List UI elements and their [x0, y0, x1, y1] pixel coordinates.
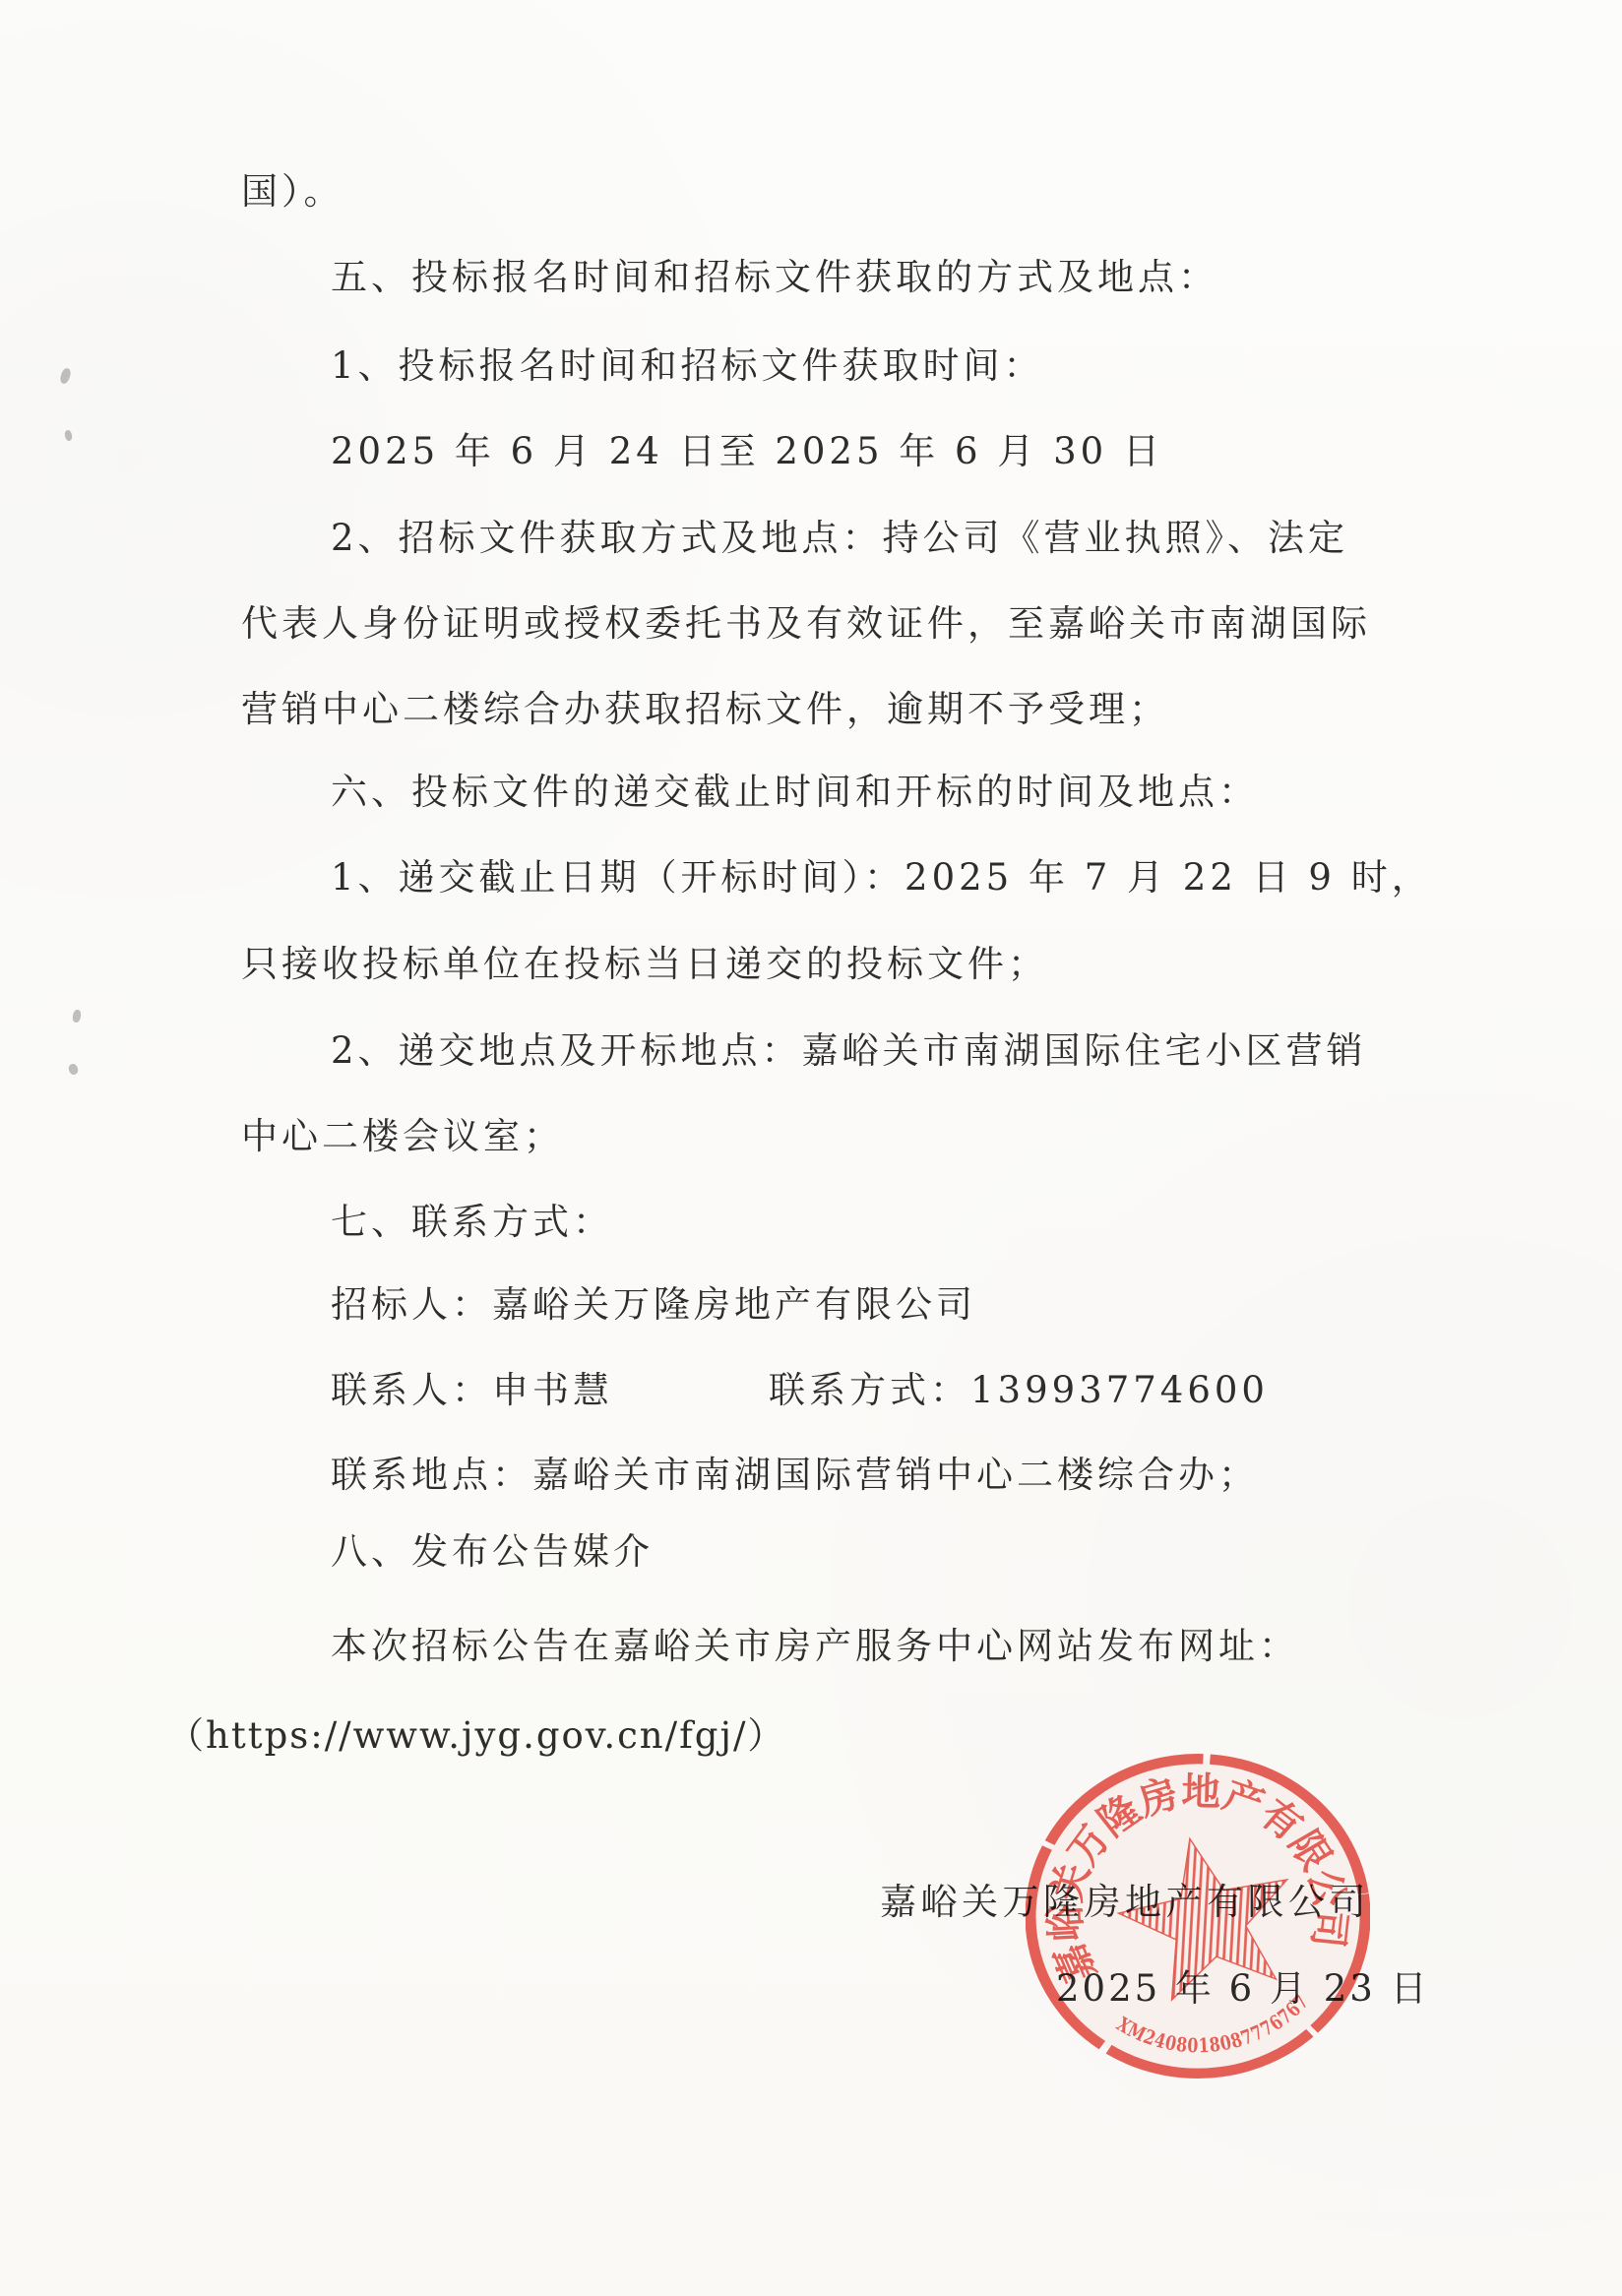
scan-speck — [64, 429, 73, 441]
contact-address-line: 联系地点：嘉峪关市南湖国际营销中心二楼综合办； — [331, 1454, 1259, 1497]
item-5-2: 2、招标文件获取方式及地点：持公司《营业执照》、法定 — [331, 517, 1348, 560]
section-6-heading: 六、投标文件的递交截止时间和开标的时间及地点： — [331, 771, 1259, 814]
item-6-1-cont: 只接收投标单位在投标当日递交的投标文件； — [241, 943, 1048, 986]
website-url-line: （https://www.jyg.gov.cn/fgj/） — [167, 1714, 785, 1758]
tenderer-line: 招标人：嘉峪关万隆房地产有限公司 — [331, 1283, 976, 1327]
company-seal: 嘉峪关万隆房地产有限公司 XM2408018087776767 — [1026, 1754, 1370, 2079]
item-5-2-cont-2: 营销中心二楼综合办获取招标文件，逾期不予受理； — [241, 688, 1169, 731]
scan-speck — [72, 1009, 82, 1023]
item-6-2-cont: 中心二楼会议室； — [241, 1115, 564, 1158]
signup-date-range: 2025 年 6 月 24 日至 2025 年 6 月 30 日 — [331, 430, 1163, 473]
scan-speck — [59, 367, 73, 385]
item-5-1: 1、投标报名时间和招标文件获取时间： — [331, 344, 1044, 388]
contact-phone-line: 联系方式：13993774600 — [769, 1369, 1269, 1412]
section-8-heading: 八、发布公告媒介 — [331, 1530, 654, 1574]
publish-site-line: 本次招标公告在嘉峪关市房产服务中心网站发布网址： — [331, 1625, 1299, 1668]
scan-speck — [67, 1063, 79, 1076]
doc-line-closing-paren: 国）。 — [241, 170, 344, 214]
item-6-2-location: 2、递交地点及开标地点：嘉峪关市南湖国际住宅小区营销 — [331, 1029, 1367, 1073]
section-5-heading: 五、投标报名时间和招标文件获取的方式及地点： — [331, 256, 1218, 299]
contact-person-line: 联系人：申书慧 — [331, 1369, 613, 1412]
section-7-heading: 七、联系方式： — [331, 1201, 613, 1244]
item-6-1-deadline: 1、递交截止日期（开标时间）：2025 年 7 月 22 日 9 时， — [331, 856, 1432, 900]
scanned-document-page: 国）。 五、投标报名时间和招标文件获取的方式及地点： 1、投标报名时间和招标文件… — [0, 0, 1622, 2296]
item-5-2-cont-1: 代表人身份证明或授权委托书及有效证件，至嘉峪关市南湖国际 — [241, 602, 1371, 646]
